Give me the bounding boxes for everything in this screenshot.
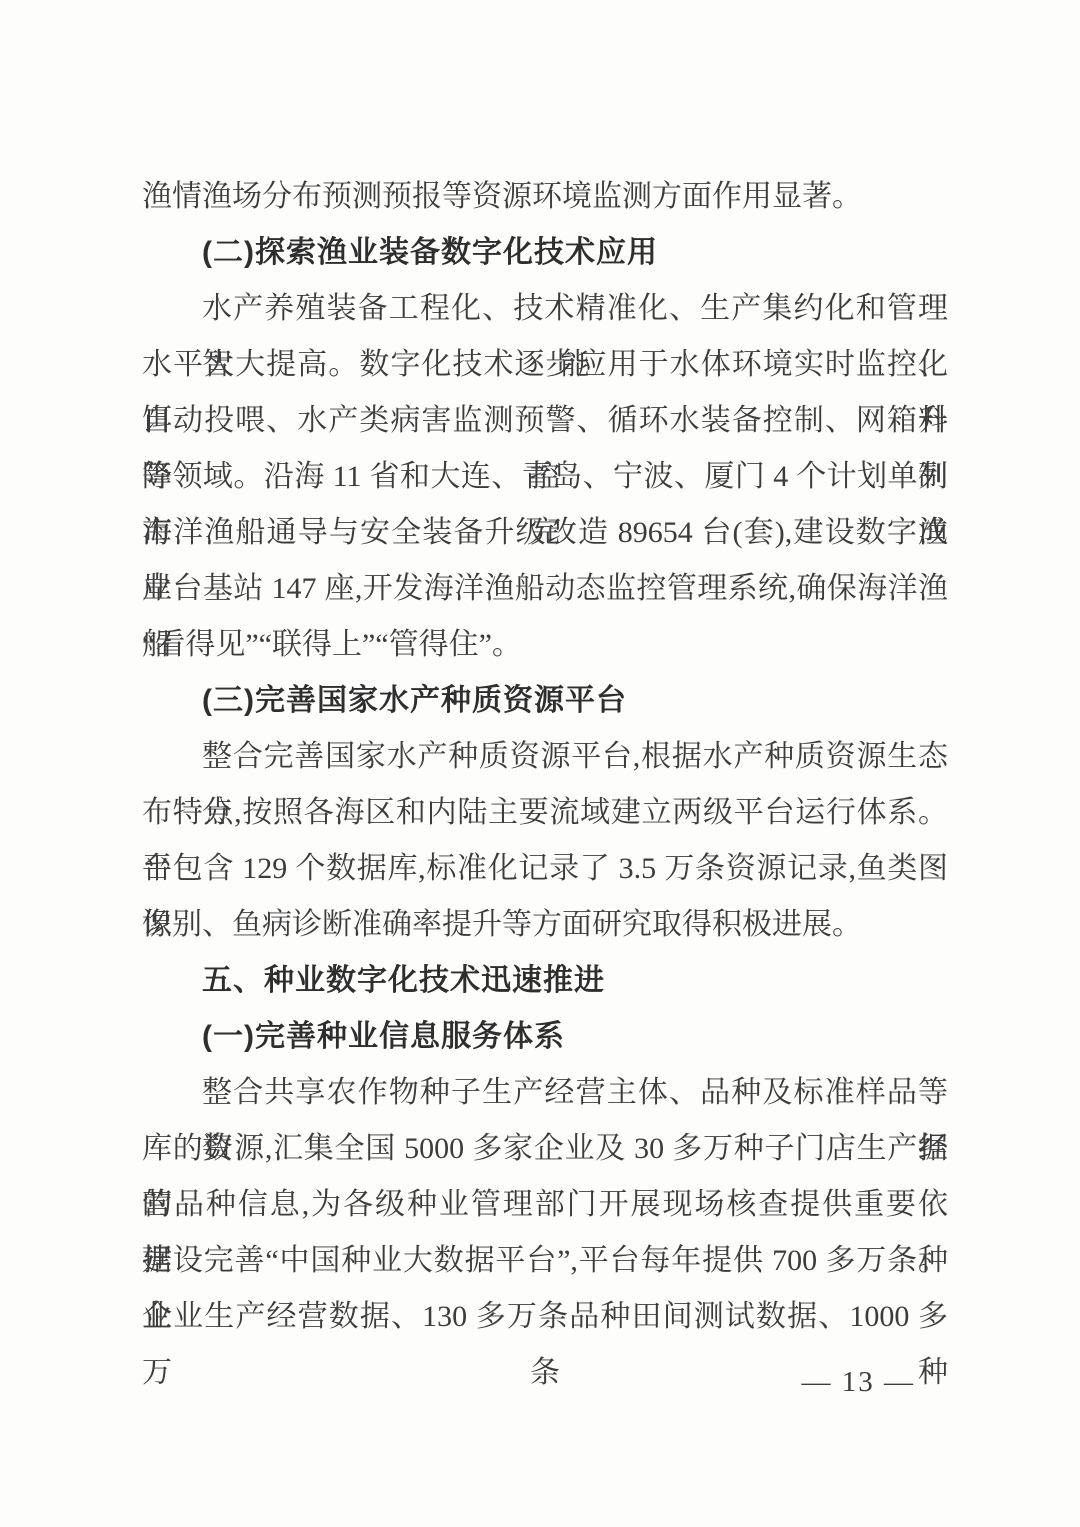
text-line: 的品种信息,为各级种业管理部门开展现场核查提供重要依据。 bbox=[142, 1177, 948, 1233]
section-heading: 五、种业数字化技术迅速推进 bbox=[142, 953, 948, 1009]
text-line: 台包含 129 个数据库,标准化记录了 3.5 万条资源记录,鱼类图像 bbox=[142, 841, 948, 897]
section-heading: (二)探索渔业装备数字化技术应用 bbox=[142, 225, 948, 281]
text-line: 海洋渔船通导与安全装备升级改造 89654 台(套),建设数字渔业 bbox=[142, 505, 948, 561]
text-line: 渔情渔场分布预测预报等资源环境监测方面作用显著。 bbox=[142, 169, 948, 225]
section-heading: (三)完善国家水产种质资源平台 bbox=[142, 673, 948, 729]
text-line: 企业生产经营数据、130 多万条品种田间测试数据、1000 多万条种 bbox=[142, 1289, 948, 1345]
text-line: 布特点,按照各海区和内陆主要流域建立两级平台运行体系。平 bbox=[142, 785, 948, 841]
text-line: 建设完善“中国种业大数据平台”,平台每年提供 700 多万条种业 bbox=[142, 1233, 948, 1289]
text-line: 库的资源,汇集全国 5000 多家企业及 30 多万种子门店生产经营 bbox=[142, 1121, 948, 1177]
text-line: 识别、鱼病诊断准确率提升等方面研究取得积极进展。 bbox=[142, 897, 948, 953]
text-line: 水产养殖装备工程化、技术精准化、生产集约化和管理智能化 bbox=[142, 281, 948, 337]
text-line: 整合共享农作物种子生产经营主体、品种及标准样品等数据 bbox=[142, 1065, 948, 1121]
text-line: “看得见”“联得上”“管得住”。 bbox=[142, 617, 948, 673]
text-line: 自动投喂、水产类病害监测预警、循环水装备控制、网箱升降控制 bbox=[142, 393, 948, 449]
page-number: — 13 — bbox=[802, 1366, 916, 1398]
text-line: 整合完善国家水产种质资源平台,根据水产种质资源生态分 bbox=[142, 729, 948, 785]
text-line: 等领域。沿海 11 省和大连、青岛、宁波、厦门 4 个计划单列市完成 bbox=[142, 449, 948, 505]
text-line: 岸台基站 147 座,开发海洋渔船动态监控管理系统,确保海洋渔船 bbox=[142, 561, 948, 617]
document-body: 渔情渔场分布预测预报等资源环境监测方面作用显著。(二)探索渔业装备数字化技术应用… bbox=[142, 169, 948, 1345]
section-heading: (一)完善种业信息服务体系 bbox=[142, 1009, 948, 1065]
text-line: 水平大大提高。数字化技术逐步应用于水体环境实时监控、饵料 bbox=[142, 337, 948, 393]
document-page: 渔情渔场分布预测预报等资源环境监测方面作用显著。(二)探索渔业装备数字化技术应用… bbox=[0, 0, 1080, 1527]
page-footer: — 13 — bbox=[802, 1366, 916, 1399]
